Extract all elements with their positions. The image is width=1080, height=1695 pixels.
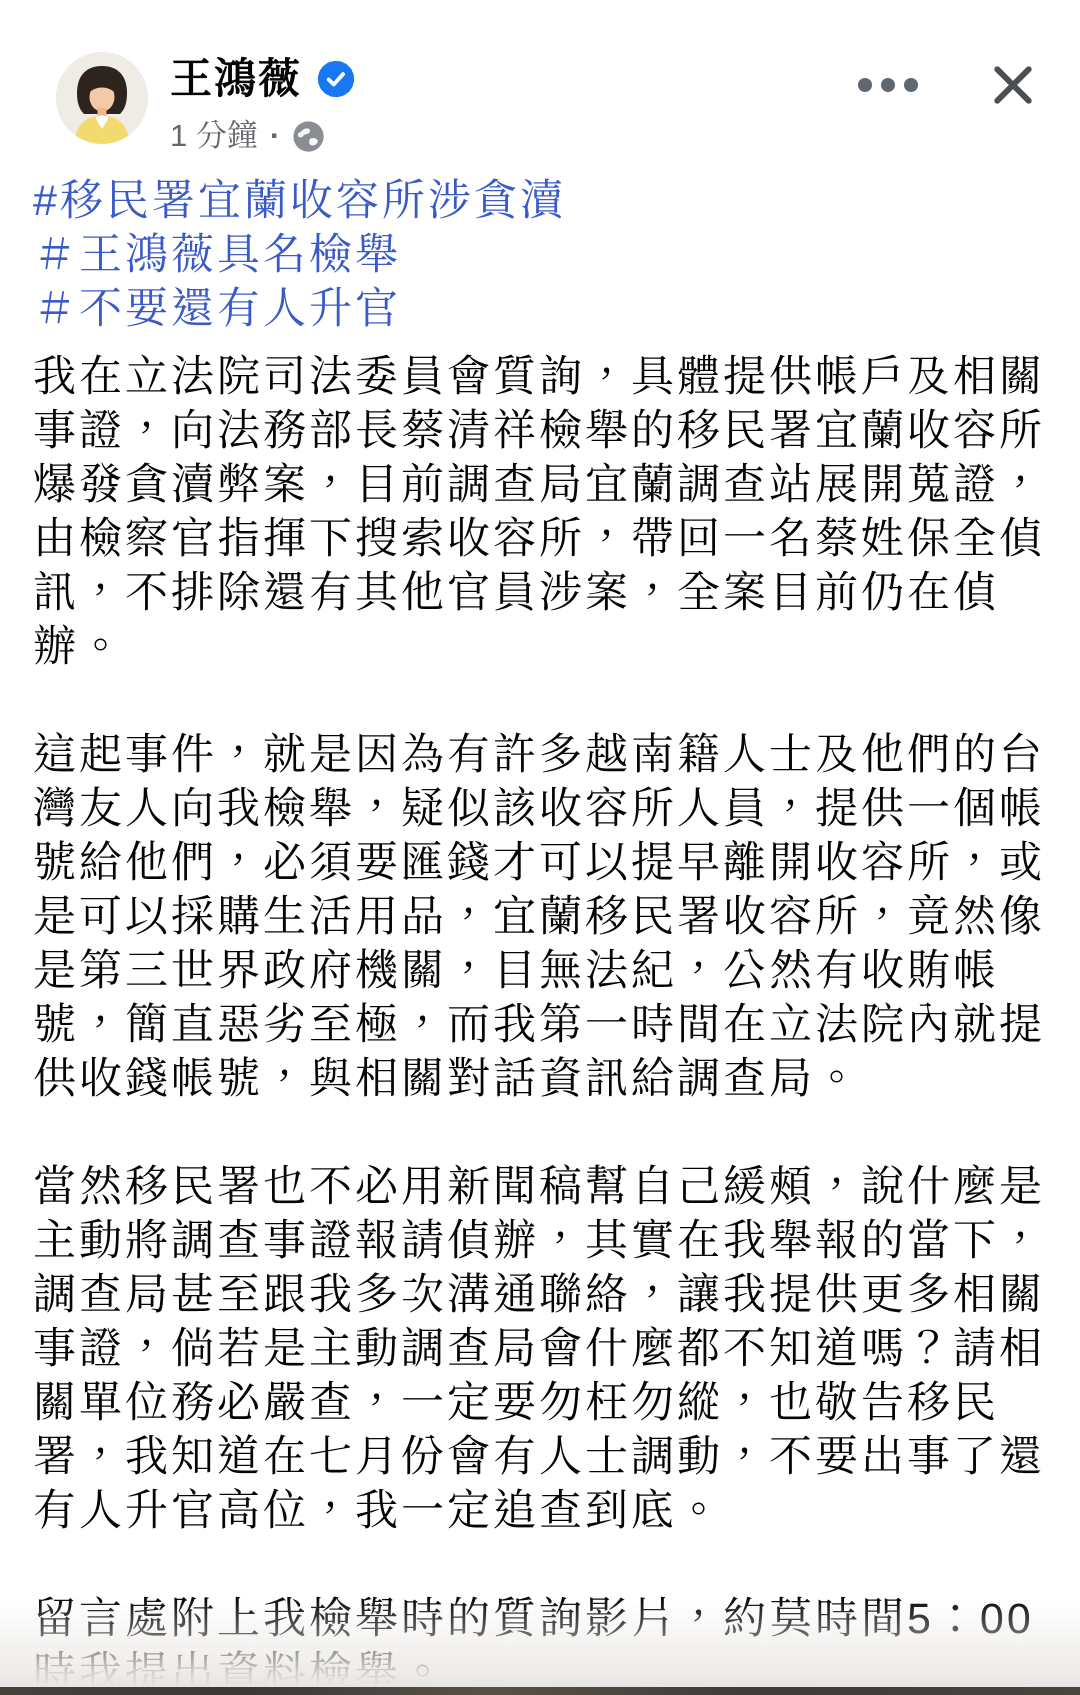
facebook-post-dialog: 王鴻薇 1 分鐘 ·: [0, 0, 1080, 1695]
hashtag-link[interactable]: ＃王鴻薇具名檢舉: [33, 228, 1048, 282]
more-options-icon: [858, 78, 872, 92]
verified-badge-icon: [316, 59, 356, 99]
more-options-button[interactable]: [856, 68, 920, 102]
post-content: #移民署宜蘭收容所涉貪瀆 ＃王鴻薇具名檢舉 ＃不要還有人升官 我在立法院司法委員…: [0, 154, 1080, 1695]
header-text: 王鴻薇 1 分鐘 ·: [170, 52, 356, 154]
post-paragraph: 這起事件，就是因為有許多越南籍人士及他們的台灣友人向我檢舉，疑似該收容所人員，提…: [33, 728, 1048, 1106]
hashtag-block: #移民署宜蘭收容所涉貪瀆 ＃王鴻薇具名檢舉 ＃不要還有人升官: [33, 174, 1048, 336]
header-actions: [856, 52, 1040, 112]
post-header: 王鴻薇 1 分鐘 ·: [0, 0, 1080, 154]
media-top-edge: [0, 1687, 1080, 1695]
meta-separator: ·: [270, 118, 280, 154]
meta-row: 1 分鐘 ·: [170, 118, 356, 154]
close-button[interactable]: [986, 58, 1040, 112]
post-paragraph: 我在立法院司法委員會質詢，具體提供帳戶及相關事證，向法務部長蔡清祥檢舉的移民署宜…: [33, 350, 1048, 674]
post-paragraph: 留言處附上我檢舉時的質詢影片，約莫時間5：00時我提出資料檢舉。: [33, 1592, 1048, 1695]
hashtag-link[interactable]: #移民署宜蘭收容所涉貪瀆: [33, 174, 1048, 228]
hashtag-link[interactable]: ＃不要還有人升官: [33, 282, 1048, 336]
timestamp[interactable]: 1 分鐘: [170, 118, 258, 154]
name-row: 王鴻薇: [170, 54, 356, 104]
author-name[interactable]: 王鴻薇: [170, 54, 302, 104]
avatar[interactable]: [56, 52, 148, 144]
post-paragraph: 當然移民署也不必用新聞稿幫自己緩頰，說什麼是主動將調查事證報請偵辦，其實在我舉報…: [33, 1160, 1048, 1538]
close-icon: [986, 58, 1040, 112]
avatar-illustration: [56, 52, 148, 144]
globe-icon: [292, 120, 325, 153]
